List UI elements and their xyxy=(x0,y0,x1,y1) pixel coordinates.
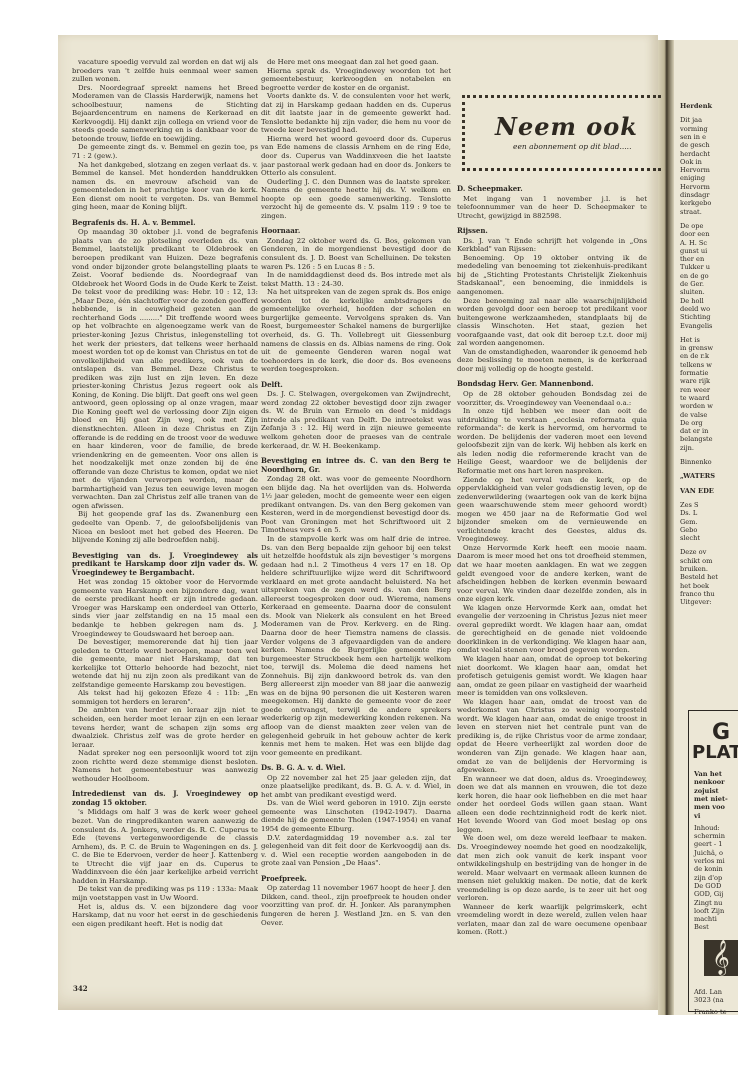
next-page-text: het boek xyxy=(680,582,709,590)
next-page-text: in grensw xyxy=(680,344,713,352)
next-page-text: Uitgever: xyxy=(680,598,711,606)
column-1: vacature spoedig vervuld zal worden en d… xyxy=(72,58,258,958)
next-page-text: Zes S xyxy=(680,501,698,509)
article-paragraph: Ds. van de Wiel werd geboren in 1910. Zi… xyxy=(261,799,451,833)
article-paragraph: Nadat spreker nog een persoonlijk woord … xyxy=(72,749,258,783)
next-page-text: kerkgebo xyxy=(680,199,711,207)
next-page-text: slecht xyxy=(680,534,700,542)
record-ad-text: Van het xyxy=(694,770,722,778)
article-paragraph: Als tekst had hij gekozen Efeze 4 : 11b:… xyxy=(72,689,258,706)
article-paragraph: Voorts dankte ds. V. de consulenten voor… xyxy=(261,92,451,135)
article-paragraph: Ouderling J. C. den Dunnen was de laatst… xyxy=(261,178,451,221)
article-paragraph: En wanneer we dat doen, aldus ds. Vroegi… xyxy=(457,775,647,835)
article-heading: Delft. xyxy=(261,381,451,390)
article-heading: Proefpreek. xyxy=(261,875,451,884)
next-page-text: straat. xyxy=(680,208,702,216)
next-page-text: A. H. Sc xyxy=(680,239,707,247)
next-page-text: sluiten. xyxy=(680,288,705,296)
article-paragraph: Ds. J. C. Stelwagen, overgekomen van Zwi… xyxy=(261,390,451,450)
next-page-text: Gebo xyxy=(680,526,697,534)
next-page-text: De holl xyxy=(680,297,704,305)
record-ad-text: looft Zijn xyxy=(694,907,724,915)
next-page-text: dinsdagr xyxy=(680,191,710,199)
article-paragraph: Op zaterdag 11 november 1967 hoopt de he… xyxy=(261,884,451,927)
next-page-text: Het is xyxy=(680,336,700,344)
next-page-text: Gem. xyxy=(680,518,698,526)
page-number: 342 xyxy=(73,984,88,993)
article-paragraph: Zondag 22 oktober werd ds. G. Bos, gekom… xyxy=(261,237,451,271)
article-paragraph: Wanneer de kerk waarlijk pelgrimskerk, e… xyxy=(457,903,647,937)
next-page-text: De org xyxy=(680,419,703,427)
record-ad-text: nenkoor xyxy=(694,778,725,786)
next-page-text: zijn. xyxy=(680,444,694,452)
article-paragraph: In de stampvolle kerk was om half drie d… xyxy=(261,535,451,757)
record-ad-text: schermin xyxy=(694,832,725,840)
next-page-text: Dit jaa xyxy=(680,116,702,124)
next-page-text: schikt om xyxy=(680,557,712,565)
record-ad-text: vi xyxy=(694,812,700,820)
article-heading: Bondsdag Herv. Ger. Mannenbond. xyxy=(457,380,647,389)
article-paragraph: We klagen onze Hervormde Kerk aan, omdat… xyxy=(457,604,647,655)
article-paragraph: De ambten van herder en leraar zijn niet… xyxy=(72,706,258,749)
article-paragraph: De gemeente zingt ds. v. Bemmel en gezin… xyxy=(72,143,258,160)
next-page-text: de Ger. xyxy=(680,280,704,288)
article-heading: Hoornaar. xyxy=(261,227,451,236)
music-clef-icon: 𝄞 xyxy=(704,940,738,976)
record-ad-text: De GOD xyxy=(694,882,721,890)
article-paragraph: De tekst van de prediking was ps 119 : 1… xyxy=(72,885,258,902)
article-paragraph: Onze Hervormde Kerk heeft een mooie naam… xyxy=(457,544,647,604)
article-paragraph: Met ingang van 1 november j.l. is het te… xyxy=(457,195,647,221)
record-ad-text: Inhoud: xyxy=(694,824,720,832)
article-paragraph: Hierna werd het woord gevoerd door ds. C… xyxy=(261,135,451,178)
article-paragraph: Het is, aldus ds. V. een bijzondere dag … xyxy=(72,903,258,929)
record-ad-text: Juichâ, o xyxy=(694,849,723,857)
next-page-text: door een xyxy=(680,230,709,238)
next-page-text: en de r.k xyxy=(680,352,709,360)
next-page-text: ren weer xyxy=(680,386,710,394)
next-page-text: te waard xyxy=(680,394,710,402)
article-paragraph: In de namiddagdienst deed ds. Bos intred… xyxy=(261,271,451,288)
article-heading: Rijssen. xyxy=(457,227,647,236)
record-ad-text: zijn d'op xyxy=(694,874,722,882)
column-3: D. Scheepmaker.Met ingang van 1 november… xyxy=(457,185,647,985)
next-page-text: herdacht xyxy=(680,150,710,158)
record-ad-text: verlos mi xyxy=(694,857,725,865)
ad-subtitle: een abonnement op dit blad..... xyxy=(513,142,631,151)
article-paragraph: We doen wel, om deze wereld leefbaar te … xyxy=(457,834,647,902)
article-heading: D. Scheepmaker. xyxy=(457,185,647,194)
article-paragraph: Op 22 november zal het 25 jaar geleden z… xyxy=(261,774,451,800)
next-page-text: eniging xyxy=(680,174,705,182)
article-paragraph: D.V. zaterdagmiddag 19 november a.s. zal… xyxy=(261,834,451,868)
next-page-text: Hervorm xyxy=(680,183,710,191)
article-heading: Intrededienst van ds. J. Vroegindewey op… xyxy=(72,790,258,807)
article-paragraph: In onze tijd hebben we meer dan ooit de … xyxy=(457,407,647,475)
article-paragraph: Van de omstandigheden, waaronder ik geno… xyxy=(457,348,647,374)
column-2: de Here met ons meegaat dan zal het goed… xyxy=(261,58,451,958)
next-page-text: Stichting xyxy=(680,313,710,321)
record-ad-footer: Franko te xyxy=(694,1008,727,1015)
article-paragraph: We klagen haar aan, omdat de oproep tot … xyxy=(457,655,647,698)
record-ad-text: de konin xyxy=(694,865,723,873)
article-paragraph: Benoeming. Op 19 oktober ontving ik de m… xyxy=(457,254,647,297)
next-page-heading: „WATERS xyxy=(680,472,715,480)
next-page-text: en de go xyxy=(680,272,709,280)
next-page-heading: Herdenk xyxy=(680,102,712,110)
record-ad-text: geert - 1 xyxy=(694,840,722,848)
next-page-text: Tukker u xyxy=(680,263,710,271)
next-page-text: vorming xyxy=(680,125,708,133)
next-page-text: Evangelis xyxy=(680,322,712,330)
next-page-edge: HerdenkDit jaavormingsen in ede geschher… xyxy=(674,40,738,1015)
record-ad-text: Best xyxy=(694,923,709,931)
next-page-text: Ds. L xyxy=(680,509,697,517)
next-page-text: Besteld het xyxy=(680,573,718,581)
article-paragraph: Het was zondag 15 oktober voor de Hervor… xyxy=(72,578,258,638)
record-ad-text: met niet- xyxy=(694,795,728,803)
article-paragraph: 's Middags om half 3 was de kerk weer ge… xyxy=(72,808,258,885)
article-paragraph: Ds. J. van 't Ende schrijft het volgende… xyxy=(457,237,647,254)
article-paragraph: Drs. Noordegraaf spreekt namens het Bree… xyxy=(72,84,258,144)
ad-title: Neem ook xyxy=(495,112,638,141)
next-page-text: Ook in xyxy=(680,158,702,166)
next-page-text: ther en xyxy=(680,255,704,263)
article-heading: Bevestiging van ds. J. Vroegindewey als … xyxy=(72,552,258,578)
article-paragraph: De bevestiger, memorerende dat hij tien … xyxy=(72,638,258,689)
next-page-heading: VAN EDE xyxy=(680,487,714,495)
article-paragraph: Op de 28 oktober gehouden Bondsdag zei d… xyxy=(457,390,647,407)
article-paragraph: Hierna sprak ds. Vroegindewey woorden to… xyxy=(261,67,451,93)
record-ad-text: zojuist xyxy=(694,787,719,795)
next-page-text: bruiken. xyxy=(680,565,708,573)
article-paragraph: Bij het geopende graf las ds. Zwanenburg… xyxy=(72,510,258,544)
record-ad-text: Zingt nu xyxy=(694,899,722,907)
next-page-text: Deze ov xyxy=(680,548,706,556)
next-page-text: franco thu xyxy=(680,590,715,598)
article-paragraph: Deze benoeming zal naar alle waarschijnl… xyxy=(457,297,647,348)
record-ad-text: GOD, Gij xyxy=(694,890,723,898)
next-page-text: Hervorm xyxy=(680,166,710,174)
record-ad-text: machti xyxy=(694,915,717,923)
next-page-text: deeld wo xyxy=(680,305,710,313)
record-ad-text: men voo xyxy=(694,803,725,811)
article-paragraph: We klagen haar aan, omdat de troost van … xyxy=(457,698,647,775)
next-page-text: sen in e xyxy=(680,133,706,141)
record-ad-footer: Afd. Lan xyxy=(694,988,722,996)
next-page-text: dat er in xyxy=(680,427,708,435)
next-page-text: de valse xyxy=(680,411,707,419)
article-heading: Bevestiging en intree ds. C. van den Ber… xyxy=(261,457,451,474)
next-page-text: formatie xyxy=(680,369,708,377)
next-page-text: worden w xyxy=(680,402,713,410)
next-page-text: gunst ui xyxy=(680,247,707,255)
article-paragraph: Op maandag 30 oktober j.l. vond de begra… xyxy=(72,228,258,510)
article-paragraph: Ziende op het verval van de kerk, op de … xyxy=(457,476,647,544)
article-heading: Ds. B. G. A. v. d. Wiel. xyxy=(261,764,451,773)
record-ad-footer: 3023 (na xyxy=(694,996,724,1004)
article-paragraph: de Here met ons meegaat dan zal het goed… xyxy=(261,58,451,67)
next-page-text: Binnenko xyxy=(680,458,712,466)
article-paragraph: vacature spoedig vervuld zal worden en d… xyxy=(72,58,258,84)
next-page-text: telkens w xyxy=(680,361,712,369)
article-heading: Begrafenis ds. H. A. v. Bemmel. xyxy=(72,219,258,228)
article-paragraph: Na het dankgebed, slotzang en zegen verl… xyxy=(72,161,258,212)
next-page-text: belangste xyxy=(680,435,713,443)
page-gutter xyxy=(658,40,674,1015)
next-page-text: de gesch xyxy=(680,141,710,149)
record-ad-title: PLAT xyxy=(692,742,738,763)
article-paragraph: Zondag 28 okt. was voor de gemeente Noor… xyxy=(261,475,451,535)
next-page-text: De ope xyxy=(680,222,703,230)
article-paragraph: Na het uitspreken van de zegen sprak ds.… xyxy=(261,288,451,373)
next-page-text: ware rijk xyxy=(680,377,710,385)
subscription-advertisement: Neem ook een abonnement op dit blad..... xyxy=(462,95,661,171)
